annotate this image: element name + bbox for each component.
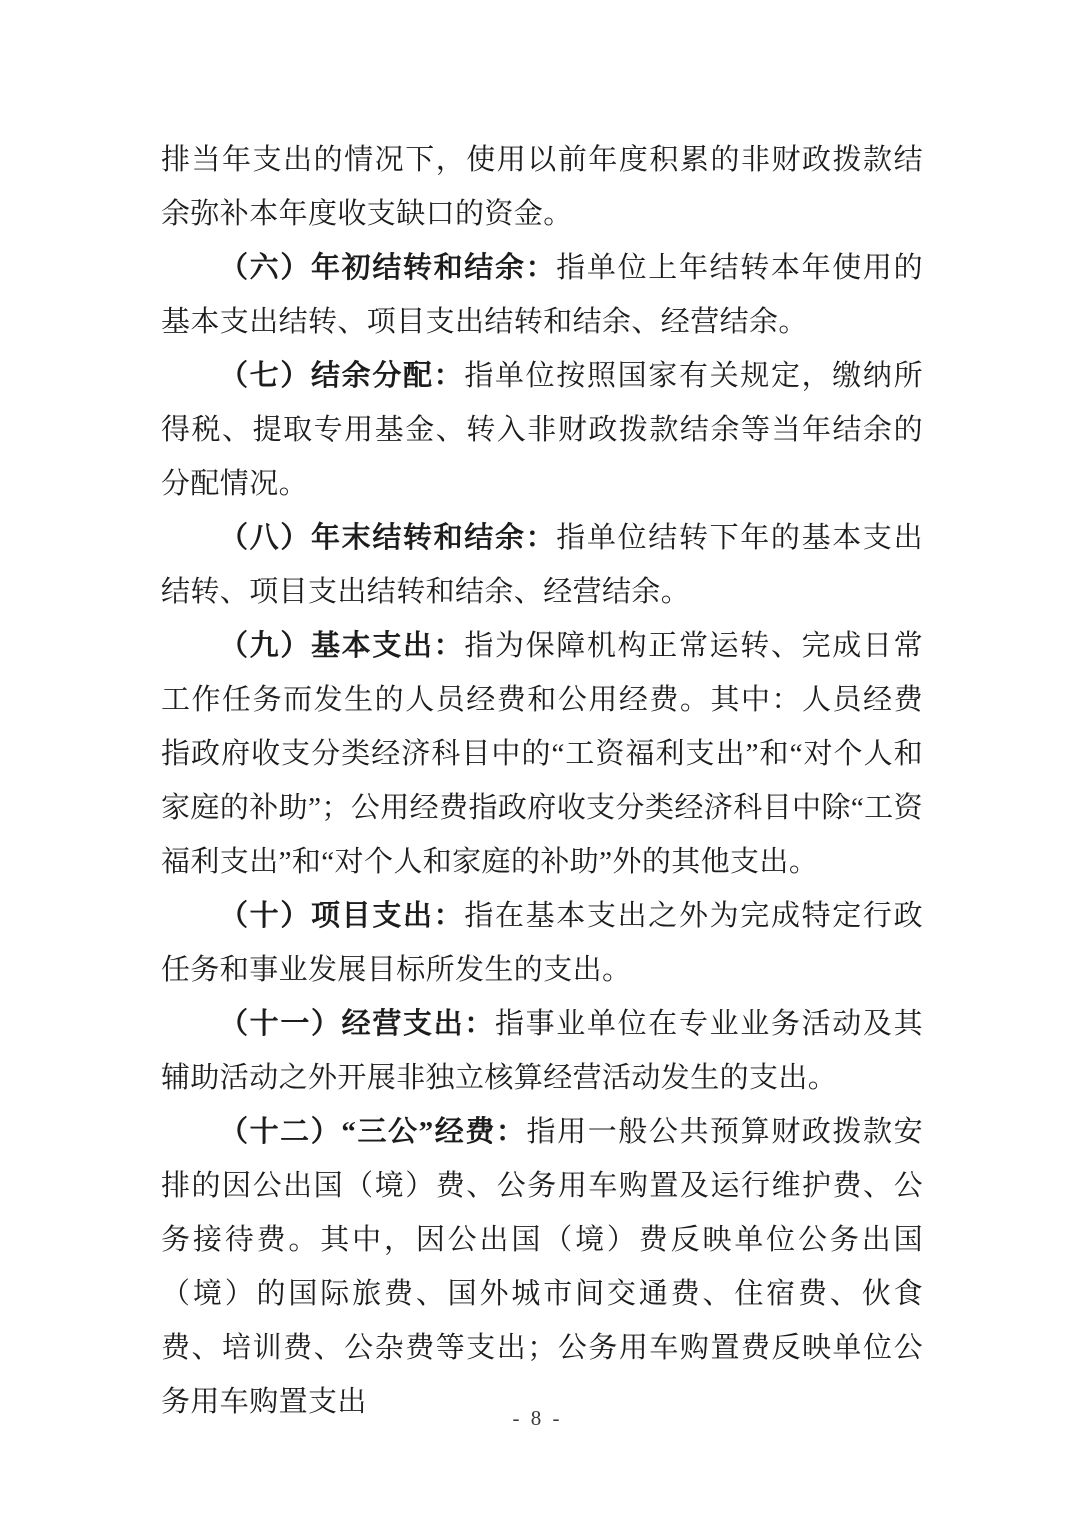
paragraph-text: 指为保障机构正常运转、完成日常工作任务而发生的人员经费和公用经费。其中：人员经费… (161, 630, 923, 878)
document-body: 排当年支出的情况下，使用以前年度积累的非财政拨款结余弥补本年度收支缺口的资金。 … (161, 133, 923, 1429)
term-label: （七）结余分配： (219, 360, 464, 392)
document-page: 排当年支出的情况下，使用以前年度积累的非财政拨款结余弥补本年度收支缺口的资金。 … (0, 0, 1075, 1520)
paragraph-item-6: （六）年初结转和结余：指单位上年结转本年使用的基本支出结转、项目支出结转和结余、… (161, 241, 923, 349)
paragraph-item-8: （八）年末结转和结余：指单位结转下年的基本支出结转、项目支出结转和结余、经营结余… (161, 511, 923, 619)
paragraph-continuation: 排当年支出的情况下，使用以前年度积累的非财政拨款结余弥补本年度收支缺口的资金。 (161, 133, 923, 241)
paragraph-item-10: （十）项目支出：指在基本支出之外为完成特定行政任务和事业发展目标所发生的支出。 (161, 889, 923, 997)
term-label: （十）项目支出： (219, 900, 464, 932)
term-label: （十二）“三公”经费： (219, 1116, 527, 1148)
paragraph-item-9: （九）基本支出：指为保障机构正常运转、完成日常工作任务而发生的人员经费和公用经费… (161, 619, 923, 889)
paragraph-text: 指用一般公共预算财政拨款安排的因公出国（境）费、公务用车购置及运行维护费、公务接… (161, 1116, 923, 1418)
term-label: （八）年末结转和结余： (219, 522, 556, 554)
paragraph-item-7: （七）结余分配：指单位按照国家有关规定，缴纳所得税、提取专用基金、转入非财政拨款… (161, 349, 923, 511)
paragraph-item-12: （十二）“三公”经费：指用一般公共预算财政拨款安排的因公出国（境）费、公务用车购… (161, 1105, 923, 1429)
term-label: （十一）经营支出： (219, 1008, 495, 1040)
paragraph-text: 排当年支出的情况下，使用以前年度积累的非财政拨款结余弥补本年度收支缺口的资金。 (161, 144, 923, 230)
term-label: （九）基本支出： (219, 630, 464, 662)
paragraph-item-11: （十一）经营支出：指事业单位在专业业务活动及其辅助活动之外开展非独立核算经营活动… (161, 997, 923, 1105)
term-label: （六）年初结转和结余： (219, 252, 556, 284)
page-number: - 8 - (0, 1402, 1075, 1434)
